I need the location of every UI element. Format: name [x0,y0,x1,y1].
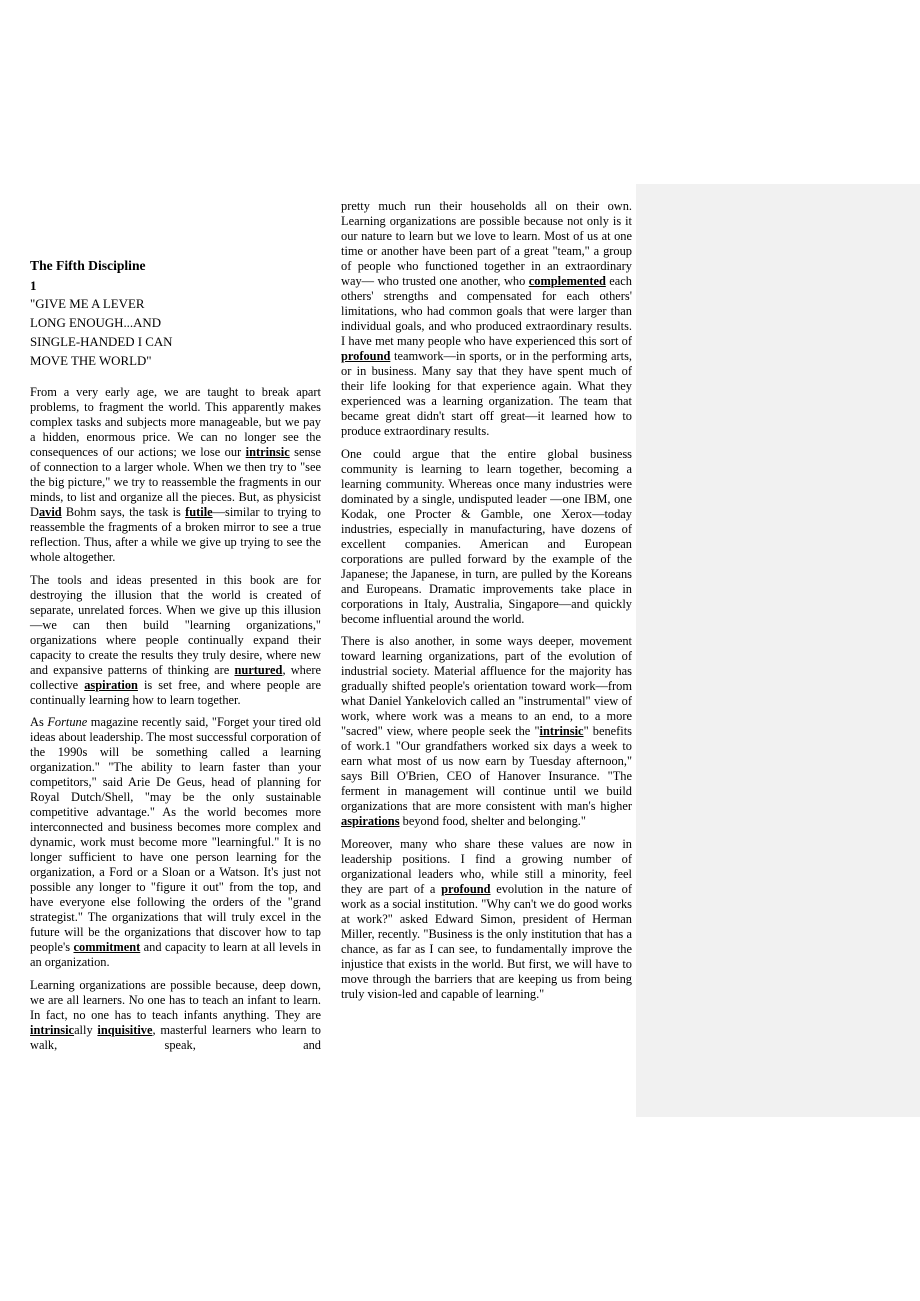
text-segment: aspirations [341,814,400,828]
paragraph: Moreover, many who share these values ar… [341,837,632,1002]
text-segment: beyond food, shelter and belonging." [400,814,586,828]
text-segment: Fortune [47,715,87,729]
paragraph: One could argue that the entire global b… [341,447,632,627]
text-segment: evolution in the nature of work as a soc… [341,882,632,1001]
text-segment: profound [341,349,390,363]
epigraph-line: MOVE THE WORLD" [30,352,321,371]
text-segment: nurtured [234,663,282,677]
text-segment: Learning organizations are possible beca… [30,978,321,1022]
text-segment: magazine recently said, "Forget your tir… [30,715,321,954]
chapter-number: 1 [30,276,321,295]
side-panel [636,184,920,1117]
text-segment: profound [441,882,490,896]
paragraph: From a very early age, we are taught to … [30,385,321,565]
text-segment: One could argue that the entire global b… [341,447,632,626]
text-segment: There is also another, in some ways deep… [341,634,632,738]
left-column-text: From a very early age, we are taught to … [30,385,321,1053]
paragraph: There is also another, in some ways deep… [341,634,632,829]
text-segment: futile [185,505,213,519]
epigraph: "GIVE ME A LEVERLONG ENOUGH...ANDSINGLE-… [30,295,321,371]
right-column: pretty much run their households all on … [341,199,632,1009]
paragraph: The tools and ideas presented in this bo… [30,573,321,708]
text-segment: As [30,715,47,729]
text-segment: commitment [74,940,141,954]
epigraph-line: "GIVE ME A LEVER [30,295,321,314]
text-segment: Bohm says, the task is [62,505,185,519]
text-segment: intrinsic [540,724,584,738]
text-segment: avid [39,505,62,519]
book-title: The Fifth Discipline [30,256,321,276]
epigraph-line: SINGLE-HANDED I CAN [30,333,321,352]
text-segment: complemented [529,274,606,288]
text-segment: intrinsic [246,445,290,459]
text-segment: inquisitive [97,1023,152,1037]
paragraph: pretty much run their households all on … [341,199,632,439]
paragraph: Learning organizations are possible beca… [30,978,321,1053]
right-column-text: pretty much run their households all on … [341,199,632,1002]
text-segment: intrinsic [30,1023,74,1037]
text-segment: The tools and ideas presented in this bo… [30,573,321,677]
text-segment: ally [74,1023,97,1037]
left-column: The Fifth Discipline 1 "GIVE ME A LEVERL… [30,256,321,1060]
paragraph: As Fortune magazine recently said, "Forg… [30,715,321,970]
text-segment: aspiration [84,678,138,692]
epigraph-line: LONG ENOUGH...AND [30,314,321,333]
